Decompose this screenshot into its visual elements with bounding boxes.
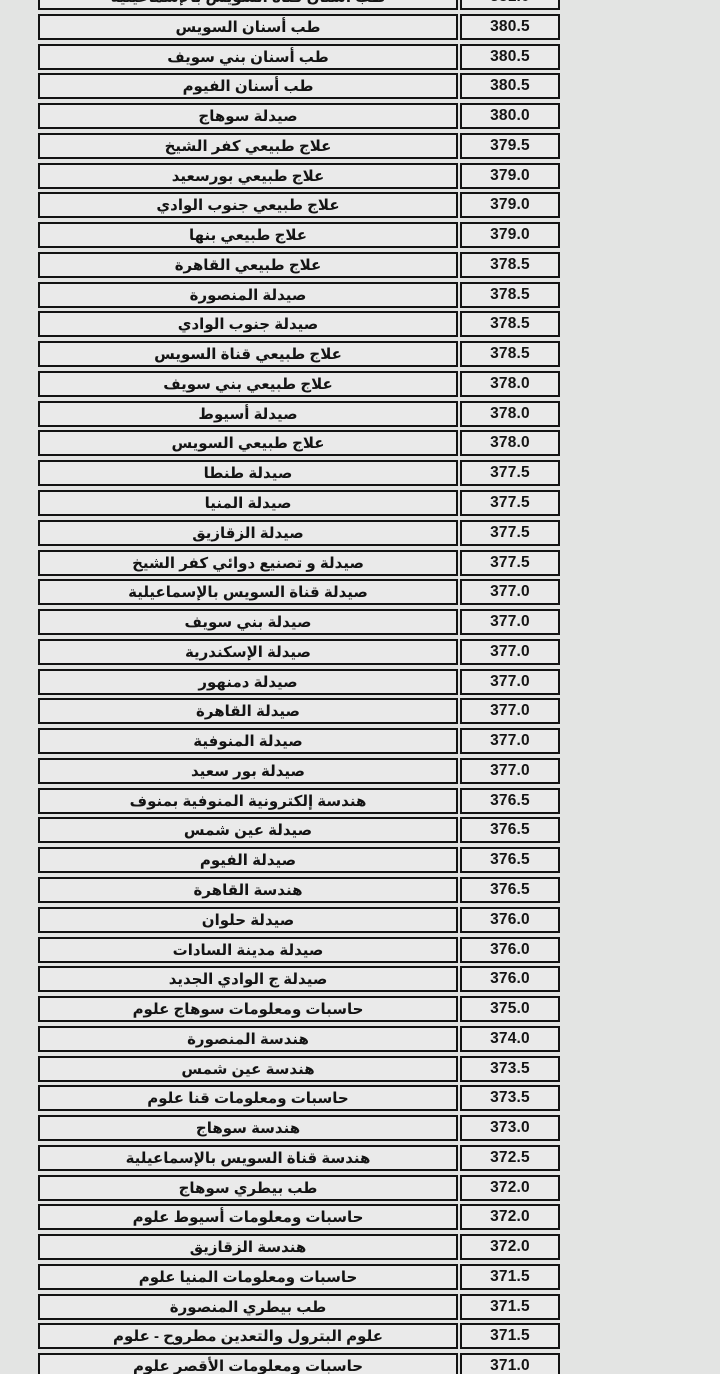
table-row: صيدلة المنيا 377.5 (38, 490, 720, 516)
min-score-cell: 378.5 (460, 311, 560, 337)
program-name-cell: حاسبات ومعلومات أسيوط علوم (38, 1204, 458, 1230)
min-score-cell: 380.0 (460, 103, 560, 129)
min-score-cell: 376.5 (460, 847, 560, 873)
table-row: صيدلة القاهرة 377.0 (38, 698, 720, 724)
min-score-cell: 378.0 (460, 401, 560, 427)
table-row: صيدلة عين شمس 376.5 (38, 817, 720, 843)
min-score-cell: 372.0 (460, 1234, 560, 1260)
program-name-cell: صيدلة أسيوط (38, 401, 458, 427)
table-row: حاسبات ومعلومات قنا علوم 373.5 (38, 1085, 720, 1111)
table-row: صيدلة الزقازيق 377.5 (38, 520, 720, 546)
min-score-cell: 371.5 (460, 1323, 560, 1349)
program-name-cell: صيدلة المنيا (38, 490, 458, 516)
table-row: صيدلة و تصنيع دوائي كفر الشيخ 377.5 (38, 550, 720, 576)
min-score-cell: 379.0 (460, 222, 560, 248)
min-score-cell: 380.5 (460, 73, 560, 99)
table-row: علاج طبيعي بني سويف 378.0 (38, 371, 720, 397)
table-row: صيدلة قناة السويس بالإسماعيلية 377.0 (38, 579, 720, 605)
table-row: علاج طبيعي جنوب الوادي 379.0 (38, 192, 720, 218)
program-name-cell: هندسة سوهاج (38, 1115, 458, 1141)
program-name-cell: صيدلة ج الوادي الجديد (38, 966, 458, 992)
table-row: صيدلة سوهاج 380.0 (38, 103, 720, 129)
program-name-cell: هندسة القاهرة (38, 877, 458, 903)
table-row: حاسبات ومعلومات أسيوط علوم 372.0 (38, 1204, 720, 1230)
min-score-cell: 376.5 (460, 877, 560, 903)
program-name-cell: حاسبات ومعلومات المنيا علوم (38, 1264, 458, 1290)
program-name-cell: صيدلة قناة السويس بالإسماعيلية (38, 579, 458, 605)
min-score-cell: 379.0 (460, 163, 560, 189)
program-name-cell: علاج طبيعي جنوب الوادي (38, 192, 458, 218)
program-name-cell: صيدلة طنطا (38, 460, 458, 486)
program-name-cell: علاج طبيعي بني سويف (38, 371, 458, 397)
admission-scores-table: طب أسنان قناة السويس بالإسماعيلية 381.0 … (0, 0, 720, 1374)
min-score-cell: 377.5 (460, 550, 560, 576)
program-name-cell: صيدلة عين شمس (38, 817, 458, 843)
table-row: صيدلة الإسكندرية 377.0 (38, 639, 720, 665)
min-score-cell: 374.0 (460, 1026, 560, 1052)
program-name-cell: صيدلة الفيوم (38, 847, 458, 873)
program-name-cell: علاج طبيعي السويس (38, 430, 458, 456)
min-score-cell: 377.0 (460, 698, 560, 724)
min-score-cell: 376.0 (460, 966, 560, 992)
table-row: حاسبات ومعلومات المنيا علوم 371.5 (38, 1264, 720, 1290)
table-row: هندسة قناة السويس بالإسماعيلية 372.5 (38, 1145, 720, 1171)
program-name-cell: صيدلة حلوان (38, 907, 458, 933)
table-row: علوم البترول والتعدين مطروح - علوم 371.5 (38, 1323, 720, 1349)
min-score-cell: 377.0 (460, 669, 560, 695)
table-row: صيدلة جنوب الوادي 378.5 (38, 311, 720, 337)
program-name-cell: هندسة عين شمس (38, 1056, 458, 1082)
table-row: طب أسنان بني سويف 380.5 (38, 44, 720, 70)
table-row: صيدلة حلوان 376.0 (38, 907, 720, 933)
table-row: طب أسنان السويس 380.5 (38, 14, 720, 40)
table-row: صيدلة الفيوم 376.5 (38, 847, 720, 873)
table-row: صيدلة بني سويف 377.0 (38, 609, 720, 635)
program-name-cell: هندسة المنصورة (38, 1026, 458, 1052)
program-name-cell: صيدلة سوهاج (38, 103, 458, 129)
program-name-cell: صيدلة الإسكندرية (38, 639, 458, 665)
min-score-cell: 376.5 (460, 817, 560, 843)
min-score-cell: 372.5 (460, 1145, 560, 1171)
table-row: هندسة المنصورة 374.0 (38, 1026, 720, 1052)
table-row: صيدلة المنوفية 377.0 (38, 728, 720, 754)
program-name-cell: صيدلة مدينة السادات (38, 937, 458, 963)
min-score-cell: 376.0 (460, 907, 560, 933)
program-name-cell: هندسة قناة السويس بالإسماعيلية (38, 1145, 458, 1171)
min-score-cell: 377.5 (460, 490, 560, 516)
min-score-cell: 371.0 (460, 1353, 560, 1374)
min-score-cell: 378.5 (460, 252, 560, 278)
table-row: هندسة القاهرة 376.5 (38, 877, 720, 903)
min-score-cell: 377.0 (460, 728, 560, 754)
min-score-cell: 377.0 (460, 639, 560, 665)
program-name-cell: صيدلة بني سويف (38, 609, 458, 635)
table-row: هندسة عين شمس 373.5 (38, 1056, 720, 1082)
table-row: هندسة الزقازيق 372.0 (38, 1234, 720, 1260)
table-row: صيدلة دمنهور 377.0 (38, 669, 720, 695)
min-score-cell: 373.5 (460, 1056, 560, 1082)
table-row: علاج طبيعي السويس 378.0 (38, 430, 720, 456)
program-name-cell: علاج طبيعي قناة السويس (38, 341, 458, 367)
min-score-cell: 381.0 (460, 0, 560, 10)
table-row: صيدلة ج الوادي الجديد 376.0 (38, 966, 720, 992)
program-name-cell: طب أسنان بني سويف (38, 44, 458, 70)
program-name-cell: طب بيطري المنصورة (38, 1294, 458, 1320)
min-score-cell: 376.0 (460, 937, 560, 963)
table-row: علاج طبيعي بنها 379.0 (38, 222, 720, 248)
program-name-cell: صيدلة المنصورة (38, 282, 458, 308)
table-row: طب أسنان الفيوم 380.5 (38, 73, 720, 99)
table-row: علاج طبيعي بورسعيد 379.0 (38, 163, 720, 189)
program-name-cell: صيدلة جنوب الوادي (38, 311, 458, 337)
program-name-cell: علاج طبيعي بنها (38, 222, 458, 248)
program-name-cell: حاسبات ومعلومات الأقصر علوم (38, 1353, 458, 1374)
program-name-cell: حاسبات ومعلومات قنا علوم (38, 1085, 458, 1111)
min-score-cell: 379.5 (460, 133, 560, 159)
min-score-cell: 373.5 (460, 1085, 560, 1111)
program-name-cell: صيدلة دمنهور (38, 669, 458, 695)
program-name-cell: صيدلة القاهرة (38, 698, 458, 724)
program-name-cell: صيدلة المنوفية (38, 728, 458, 754)
program-name-cell: طب أسنان الفيوم (38, 73, 458, 99)
min-score-cell: 371.5 (460, 1294, 560, 1320)
table-row: صيدلة مدينة السادات 376.0 (38, 937, 720, 963)
program-name-cell: طب أسنان السويس (38, 14, 458, 40)
program-name-cell: علاج طبيعي كفر الشيخ (38, 133, 458, 159)
table-row: هندسة إلكترونية المنوفية بمنوف 376.5 (38, 788, 720, 814)
table-row: طب بيطري المنصورة 371.5 (38, 1294, 720, 1320)
min-score-cell: 377.0 (460, 758, 560, 784)
min-score-cell: 377.0 (460, 609, 560, 635)
table-row: صيدلة أسيوط 378.0 (38, 401, 720, 427)
min-score-cell: 376.5 (460, 788, 560, 814)
min-score-cell: 379.0 (460, 192, 560, 218)
program-name-cell: علوم البترول والتعدين مطروح - علوم (38, 1323, 458, 1349)
min-score-cell: 373.0 (460, 1115, 560, 1141)
min-score-cell: 378.0 (460, 430, 560, 456)
table-row: حاسبات ومعلومات الأقصر علوم 371.0 (38, 1353, 720, 1374)
table-row: صيدلة بور سعيد 377.0 (38, 758, 720, 784)
table-row: علاج طبيعي كفر الشيخ 379.5 (38, 133, 720, 159)
min-score-cell: 372.0 (460, 1175, 560, 1201)
min-score-cell: 378.5 (460, 282, 560, 308)
min-score-cell: 377.5 (460, 520, 560, 546)
table-row: صيدلة المنصورة 378.5 (38, 282, 720, 308)
table-row: علاج طبيعي القاهرة 378.5 (38, 252, 720, 278)
program-name-cell: حاسبات ومعلومات سوهاج علوم (38, 996, 458, 1022)
min-score-cell: 372.0 (460, 1204, 560, 1230)
program-name-cell: علاج طبيعي بورسعيد (38, 163, 458, 189)
program-name-cell: صيدلة الزقازيق (38, 520, 458, 546)
table-row: طب أسنان قناة السويس بالإسماعيلية 381.0 (38, 0, 720, 10)
table-row: طب بيطري سوهاج 372.0 (38, 1175, 720, 1201)
program-name-cell: صيدلة بور سعيد (38, 758, 458, 784)
min-score-cell: 377.0 (460, 579, 560, 605)
min-score-cell: 378.5 (460, 341, 560, 367)
table-row: علاج طبيعي قناة السويس 378.5 (38, 341, 720, 367)
program-name-cell: هندسة إلكترونية المنوفية بمنوف (38, 788, 458, 814)
min-score-cell: 378.0 (460, 371, 560, 397)
program-name-cell: هندسة الزقازيق (38, 1234, 458, 1260)
table-row: صيدلة طنطا 377.5 (38, 460, 720, 486)
table-row: هندسة سوهاج 373.0 (38, 1115, 720, 1141)
program-name-cell: صيدلة و تصنيع دوائي كفر الشيخ (38, 550, 458, 576)
min-score-cell: 380.5 (460, 14, 560, 40)
program-name-cell: طب أسنان قناة السويس بالإسماعيلية (38, 0, 458, 10)
min-score-cell: 375.0 (460, 996, 560, 1022)
program-name-cell: علاج طبيعي القاهرة (38, 252, 458, 278)
min-score-cell: 377.5 (460, 460, 560, 486)
program-name-cell: طب بيطري سوهاج (38, 1175, 458, 1201)
table-row: حاسبات ومعلومات سوهاج علوم 375.0 (38, 996, 720, 1022)
min-score-cell: 380.5 (460, 44, 560, 70)
min-score-cell: 371.5 (460, 1264, 560, 1290)
